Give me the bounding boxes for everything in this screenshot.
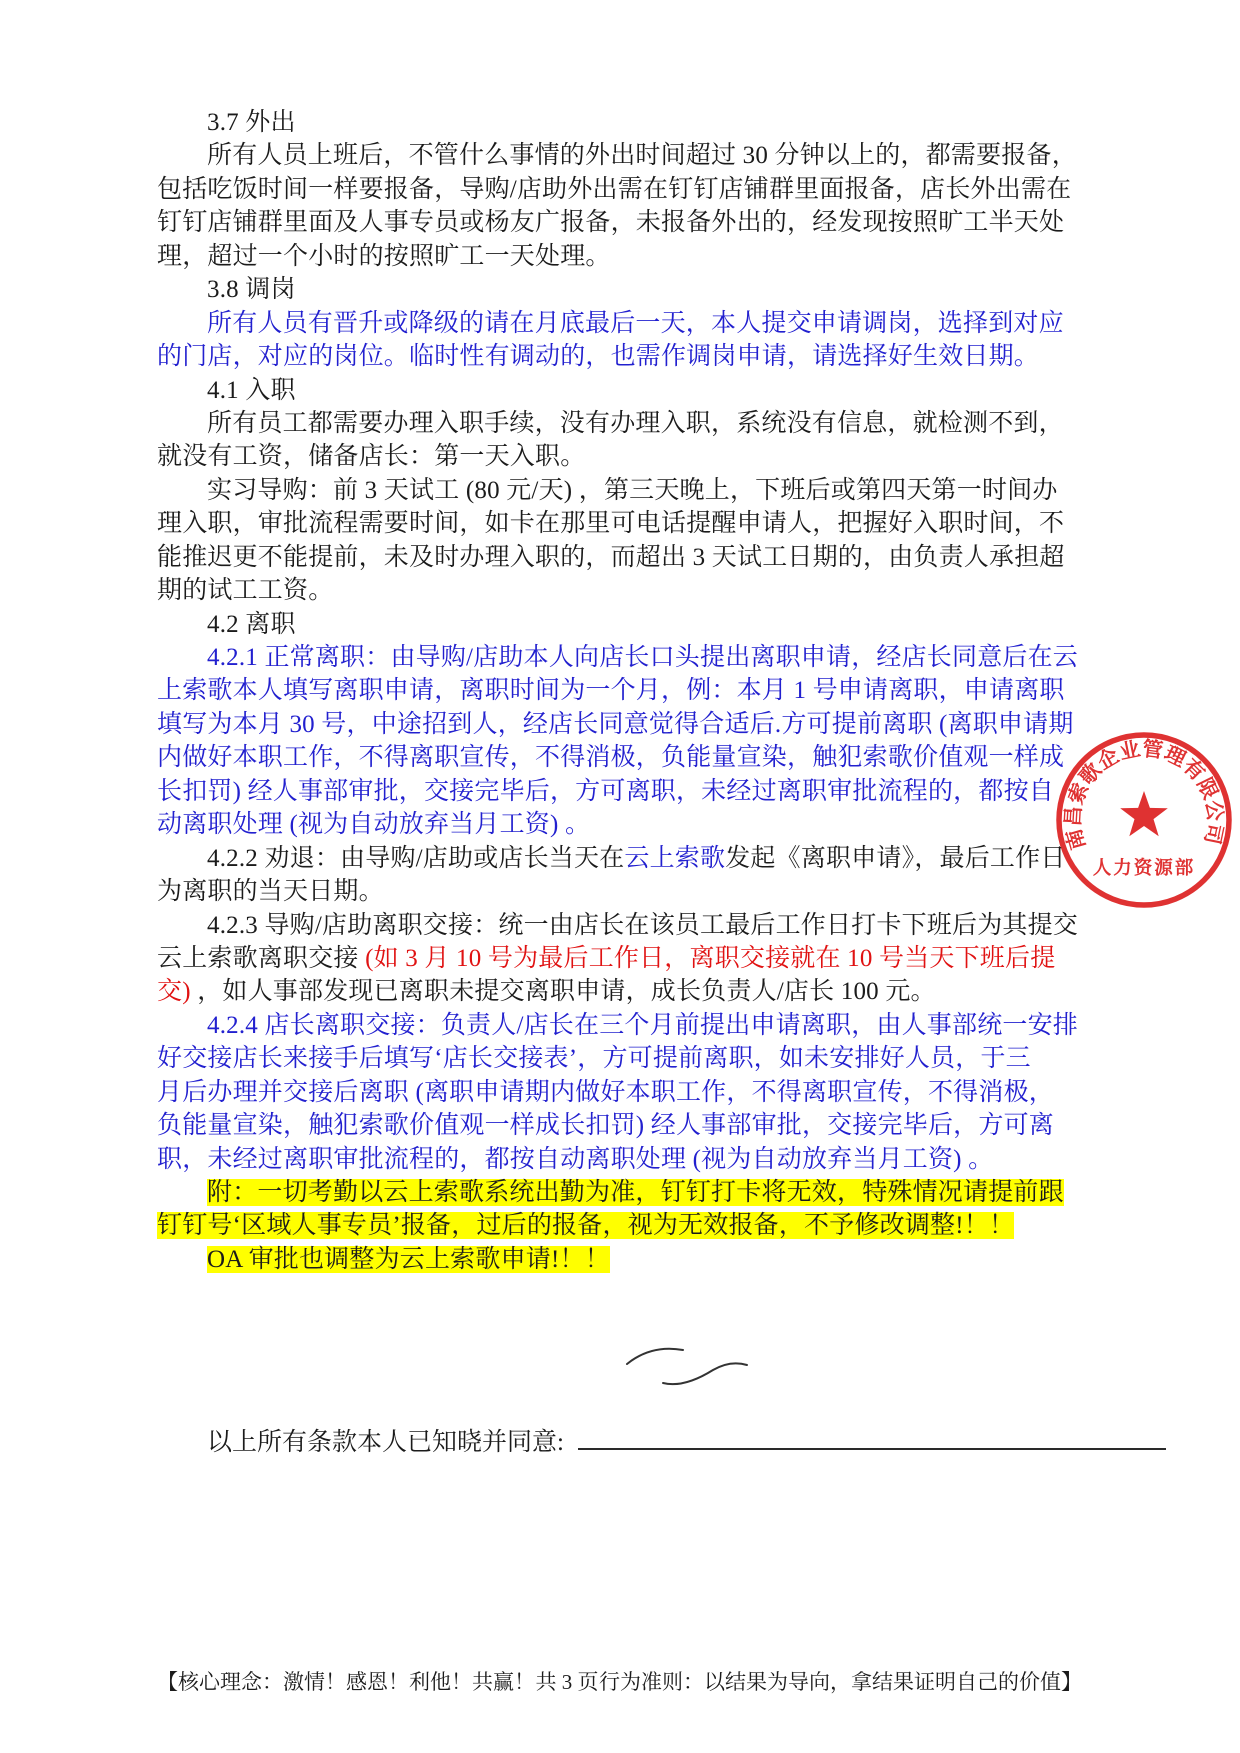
highlighted-text-segment: OA 审批也调整为云上索歌申请!！！ [207,1246,610,1273]
text-line: 期的试工工资。 [157,574,1087,607]
document-body: 3.7 外出所有人员上班后，不管什么事情的外出时间超过 30 分钟以上的，都需要… [157,106,1087,1276]
text-line: 负能量宣染，触犯索歌价值观一样成长扣罚) 经人事部审批，交接完毕后，方可离 [157,1109,1087,1142]
text-segment: 4.2.1 正常离职：由导购/店助本人向店长口头提出离职申请，经店长同意后在云 [207,644,1078,671]
text-segment: 实习导购：前 3 天试工 (80 元/天) ，第三天晚上，下班后或第四天第一时间… [207,477,1058,504]
footer-page-count: 共 3 页 [536,1666,599,1696]
text-line: 4.2.2 劝退：由导购/店助或店长当天在云上索歌发起《离职申请》，最后工作日 [157,842,1087,875]
text-segment: 4.1 入职 [207,377,296,404]
text-line: 所有人员有晋升或降级的请在月底最后一天，本人提交申请调岗，选择到对应 [157,307,1087,340]
hr-company-stamp: 南昌索歌企业管理有限公司 人力资源部 [1048,728,1240,916]
text-line: 所有人员上班后，不管什么事情的外出时间超过 30 分钟以上的，都需要报备， [157,139,1087,172]
footer-core-values: 【核心理念：激情！感恩！利他！共赢！ [157,1666,535,1696]
text-line: 动离职处理 (视为自动放弃当月工资) 。 [157,808,1087,841]
text-segment: (如 3 月 10 号为最后工作日，离职交接就在 10 号当天下班后提 [365,945,1055,972]
text-segment: 所有员工都需要办理入职手续，没有办理入职，系统没有信息，就检测不到， [207,410,1064,437]
text-segment: 内做好本职工作，不得离职宣传，不得消极，负能量宣染，触犯索歌价值观一样成 [157,744,1064,771]
text-line: 交) ，如人事部发现已离职未提交离职申请，成长负责人/店长 100 元。 [157,975,1087,1008]
text-segment: 云上索歌 [624,845,725,872]
text-segment: 月后办理并交接后离职 (离职申请期内做好本职工作，不得离职宣传，不得消极， [157,1079,1054,1106]
text-line: 内做好本职工作，不得离职宣传，不得消极，负能量宣染，触犯索歌价值观一样成 [157,741,1087,774]
signature-row: 以上所有条款本人已知晓并同意: [207,1422,1166,1458]
text-segment: 好交接店长来接手后填写‘店长交接表’，方可提前离职，如未安排好人员，于三 [157,1045,1031,1072]
text-segment: 的门店，对应的岗位。临时性有调动的，也需作调岗申请，请选择好生效日期。 [157,343,1039,370]
signature-blank-line[interactable] [578,1428,1166,1450]
text-segment: 交) [157,978,197,1005]
text-segment: 能推迟更不能提前，未及时办理入职的，而超出 3 天试工日期的，由负责人承担超 [157,544,1065,571]
text-segment: 4.2.4 店长离职交接：负责人/店长在三个月前提出申请离职，由人事部统一安排 [207,1012,1078,1039]
text-segment: 动离职处理 (视为自动放弃当月工资) 。 [157,811,590,838]
text-line: 职，未经过离职审批流程的，都按自动离职处理 (视为自动放弃当月工资) 。 [157,1143,1087,1176]
text-segment: ，如人事部发现已离职未提交离职申请，成长负责人/店长 100 元。 [197,978,936,1005]
text-segment: 云上索歌离职交接 [157,945,365,972]
text-segment: 所有人员上班后，不管什么事情的外出时间超过 30 分钟以上的，都需要报备， [207,142,1077,169]
text-segment: 就没有工资，储备店长：第一天入职。 [157,443,585,470]
text-segment: 职，未经过离职审批流程的，都按自动离职处理 (视为自动放弃当月工资) 。 [157,1146,993,1173]
text-line: 4.2.4 店长离职交接：负责人/店长在三个月前提出申请离职，由人事部统一安排 [157,1009,1087,1042]
text-line: 4.1 入职 [157,374,1087,407]
text-segment: 4.2 离职 [207,611,296,638]
text-line: 包括吃饭时间一样要报备，导购/店助外出需在钉钉店铺群里面报备，店长外出需在 [157,173,1087,206]
text-segment: 填写为本月 30 号，中途招到人，经店长同意觉得合适后.方可提前离职 (离职申请… [157,711,1074,738]
text-line: 长扣罚) 经人事部审批，交接完毕后，方可离职，未经过离职审批流程的，都按自 [157,775,1087,808]
text-line: 理，超过一个小时的按照旷工一天处理。 [157,240,1087,273]
text-line: 3.8 调岗 [157,273,1087,306]
text-segment: 4.2.2 劝退：由导购/店助或店长当天在 [207,845,624,872]
text-line: 月后办理并交接后离职 (离职申请期内做好本职工作，不得离职宣传，不得消极， [157,1076,1087,1109]
highlighted-text-segment: 钉钉号‘区域人事专员’报备，过后的报备，视为无效报备，不予修改调整!！！ [157,1212,1014,1239]
text-segment: 钉钉店铺群里面及人事专员或杨友广报备，未报备外出的，经发现按照旷工半天处 [157,209,1064,236]
text-line: 为离职的当天日期。 [157,875,1087,908]
document-page: 3.7 外出所有人员上班后，不管什么事情的外出时间超过 30 分钟以上的，都需要… [0,0,1240,1753]
text-line: 钉钉店铺群里面及人事专员或杨友广报备，未报备外出的，经发现按照旷工半天处 [157,206,1087,239]
text-line: 理入职，审批流程需要时间，如卡在那里可电话提醒申请人，把握好入职时间，不 [157,507,1087,540]
signature-label: 以上所有条款本人已知晓并同意: [207,1429,564,1456]
text-segment: 理入职，审批流程需要时间，如卡在那里可电话提醒申请人，把握好入职时间，不 [157,510,1064,537]
footer-conduct-rule: 行为准则：以结果为导向，拿结果证明自己的价值】 [599,1666,1082,1696]
text-line: 4.2.1 正常离职：由导购/店助本人向店长口头提出离职申请，经店长同意后在云 [157,641,1087,674]
text-line: 能推迟更不能提前，未及时办理入职的，而超出 3 天试工日期的，由负责人承担超 [157,541,1087,574]
pen-squiggle-mark [617,1342,762,1394]
text-line: 上索歌本人填写离职申请，离职时间为一个月，例：本月 1 号申请离职，申请离职 [157,674,1087,707]
text-line: 3.7 外出 [157,106,1087,139]
red-star-icon [1120,791,1168,836]
text-line: 所有员工都需要办理入职手续，没有办理入职，系统没有信息，就检测不到， [157,407,1087,440]
stamp-department-text: 人力资源部 [1093,857,1196,879]
text-segment: 所有人员有晋升或降级的请在月底最后一天，本人提交申请调岗，选择到对应 [207,310,1064,337]
page-footer: 【核心理念：激情！感恩！利他！共赢！ 共 3 页 行为准则：以结果为导向，拿结果… [157,1666,1082,1696]
text-line: 4.2.3 导购/店助离职交接：统一由店长在该员工最后工作日打卡下班后为其提交 [157,909,1087,942]
text-segment: 3.8 调岗 [207,276,296,303]
text-segment: 理，超过一个小时的按照旷工一天处理。 [157,243,611,270]
text-segment: 长扣罚) 经人事部审批，交接完毕后，方可离职，未经过离职审批流程的，都按自 [157,778,1054,805]
text-segment: 包括吃饭时间一样要报备，导购/店助外出需在钉钉店铺群里面报备，店长外出需在 [157,176,1071,203]
text-line: 附：一切考勤以云上索歌系统出勤为准，钉钉打卡将无效，特殊情况请提前跟 [157,1176,1087,1209]
text-line: 就没有工资，储备店长：第一天入职。 [157,440,1087,473]
text-segment: 上索歌本人填写离职申请，离职时间为一个月，例：本月 1 号申请离职，申请离职 [157,677,1065,704]
text-line: 钉钉号‘区域人事专员’报备，过后的报备，视为无效报备，不予修改调整!！！ [157,1209,1087,1242]
text-line: 云上索歌离职交接 (如 3 月 10 号为最后工作日，离职交接就在 10 号当天… [157,942,1087,975]
text-segment: 3.7 外出 [207,109,296,136]
text-line: OA 审批也调整为云上索歌申请!！！ [157,1243,1087,1276]
text-line: 好交接店长来接手后填写‘店长交接表’，方可提前离职，如未安排好人员，于三 [157,1042,1087,1075]
highlighted-text-segment: 附：一切考勤以云上索歌系统出勤为准，钉钉打卡将无效，特殊情况请提前跟 [207,1179,1064,1206]
text-line: 实习导购：前 3 天试工 (80 元/天) ，第三天晚上，下班后或第四天第一时间… [157,474,1087,507]
text-segment: 发起《离职申请》，最后工作日 [725,845,1065,872]
text-line: 4.2 离职 [157,608,1087,641]
text-segment: 期的试工工资。 [157,577,333,604]
text-segment: 为离职的当天日期。 [157,878,384,905]
text-segment: 4.2.3 导购/店助离职交接：统一由店长在该员工最后工作日打卡下班后为其提交 [207,912,1078,939]
text-segment: 负能量宣染，触犯索歌价值观一样成长扣罚) 经人事部审批，交接完毕后，方可离 [157,1112,1054,1139]
text-line: 的门店，对应的岗位。临时性有调动的，也需作调岗申请，请选择好生效日期。 [157,340,1087,373]
text-line: 填写为本月 30 号，中途招到人，经店长同意觉得合适后.方可提前离职 (离职申请… [157,708,1087,741]
